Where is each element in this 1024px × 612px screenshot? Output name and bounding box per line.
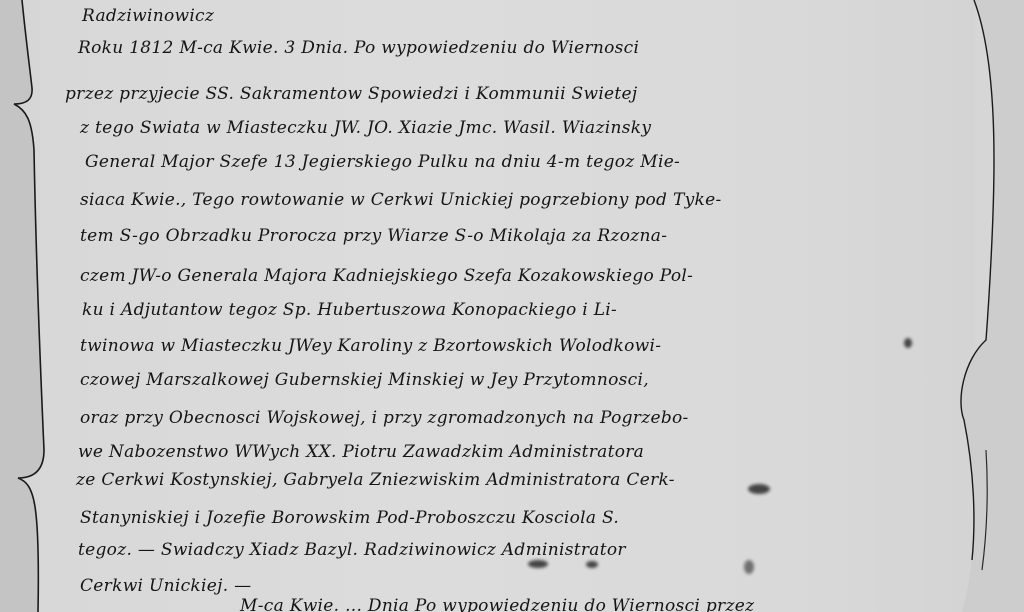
text-line-10: twinowa w Miasteczku JWey Karoliny z Bzo… (80, 336, 661, 356)
ink-blot (904, 338, 912, 348)
text-line-11: czowej Marszalkowej Gubernskiej Minskiej… (80, 370, 649, 390)
text-line-5: General Major Szefe 13 Jegierskiego Pulk… (85, 152, 680, 172)
text-line-15: Stanyniskiej i Jozefie Borowskim Pod-Pro… (80, 508, 619, 528)
text-line-6: siaca Kwie., Tego rowtowanie w Cerkwi Un… (80, 190, 722, 210)
text-line-14: ze Cerkwi Kostynskiej, Gabryela Zniezwis… (76, 470, 675, 490)
ink-blot (528, 560, 548, 568)
ink-blot (748, 484, 770, 494)
text-line-17: Cerkwi Unickiej. — (80, 576, 251, 596)
text-line-2: Roku 1812 M-ca Kwie. 3 Dnia. Po wypowied… (78, 38, 639, 58)
text-line-12: oraz przy Obecnosci Wojskowej, i przy zg… (80, 408, 689, 428)
text-line-16: tegoz. — Swiadczy Xiadz Bazyl. Radziwino… (78, 540, 626, 560)
ink-blot (744, 560, 754, 574)
right-page-edge (934, 0, 1024, 612)
text-line-8: czem JW-o Generala Majora Kadniejskiego … (80, 266, 693, 286)
left-page-edge (0, 0, 60, 612)
text-line-9: ku i Adjutantow tegoz Sp. Hubertuszowa K… (82, 300, 617, 320)
ink-blot (586, 561, 598, 568)
scanned-page: Radziwinowicz Roku 1812 M-ca Kwie. 3 Dni… (0, 0, 1024, 612)
text-line-4: z tego Swiata w Miasteczku JW. JO. Xiazi… (80, 118, 651, 138)
text-line-18: M-ca Kwie. ... Dnia Po wypowiedzeniu do … (240, 596, 754, 612)
text-line-7: tem S-go Obrzadku Prorocza przy Wiarze S… (80, 226, 667, 246)
text-line-1: Radziwinowicz (82, 6, 214, 26)
text-line-13: we Nabozenstwo WWych XX. Piotru Zawadzki… (78, 442, 644, 462)
text-line-3: przez przyjecie SS. Sakramentow Spowiedz… (65, 84, 637, 104)
